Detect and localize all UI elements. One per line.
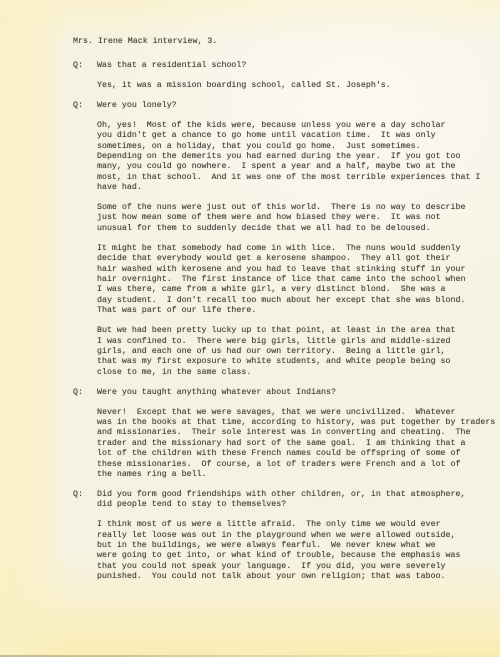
- question-block: Q: Was that a residential school?: [73, 61, 500, 71]
- answer-text: It might be that somebody had come in wi…: [97, 244, 500, 317]
- answer-text: But we had been pretty lucky up to that …: [97, 326, 500, 378]
- page-title: Mrs. Irene Mack interview, 3.: [73, 37, 217, 47]
- question-block: Q: Did you form good friendships with ot…: [73, 490, 500, 511]
- answer-block: Some of the nuns were just out of this w…: [73, 203, 500, 234]
- scanned-document-page: Mrs. Irene Mack interview, 3. Q: Was tha…: [0, 0, 500, 657]
- answer-block: It might be that somebody had come in wi…: [73, 244, 500, 317]
- question-block: Q: Were you lonely?: [73, 101, 500, 111]
- answer-block: But we had been pretty lucky up to that …: [73, 326, 500, 378]
- question-text: Was that a residential school?: [97, 61, 500, 71]
- answer-block: Never! Except that we were savages, that…: [73, 408, 500, 481]
- question-text: Did you form good friendships with other…: [97, 490, 500, 511]
- answer-block: Oh, yes! Most of the kids were, because …: [73, 121, 500, 194]
- answer-text: Oh, yes! Most of the kids were, because …: [97, 121, 500, 194]
- question-label: Q:: [73, 388, 83, 398]
- question-label: Q:: [73, 490, 83, 500]
- question-label: Q:: [73, 101, 83, 111]
- answer-block: Yes, it was a mission boarding school, c…: [73, 81, 500, 91]
- answer-text: Some of the nuns were just out of this w…: [97, 203, 500, 234]
- answer-text: Never! Except that we were savages, that…: [97, 408, 500, 481]
- question-block: Q: Were you taught anything whatever abo…: [73, 388, 500, 398]
- answer-block: I think most of us were a little afraid.…: [73, 520, 500, 582]
- question-text: Were you lonely?: [97, 101, 500, 111]
- interview-transcript: Q: Was that a residential school? Yes, i…: [73, 61, 500, 583]
- answer-text: I think most of us were a little afraid.…: [97, 520, 500, 582]
- question-text: Were you taught anything whatever about …: [97, 388, 500, 398]
- answer-text: Yes, it was a mission boarding school, c…: [97, 81, 500, 91]
- question-label: Q:: [73, 61, 83, 71]
